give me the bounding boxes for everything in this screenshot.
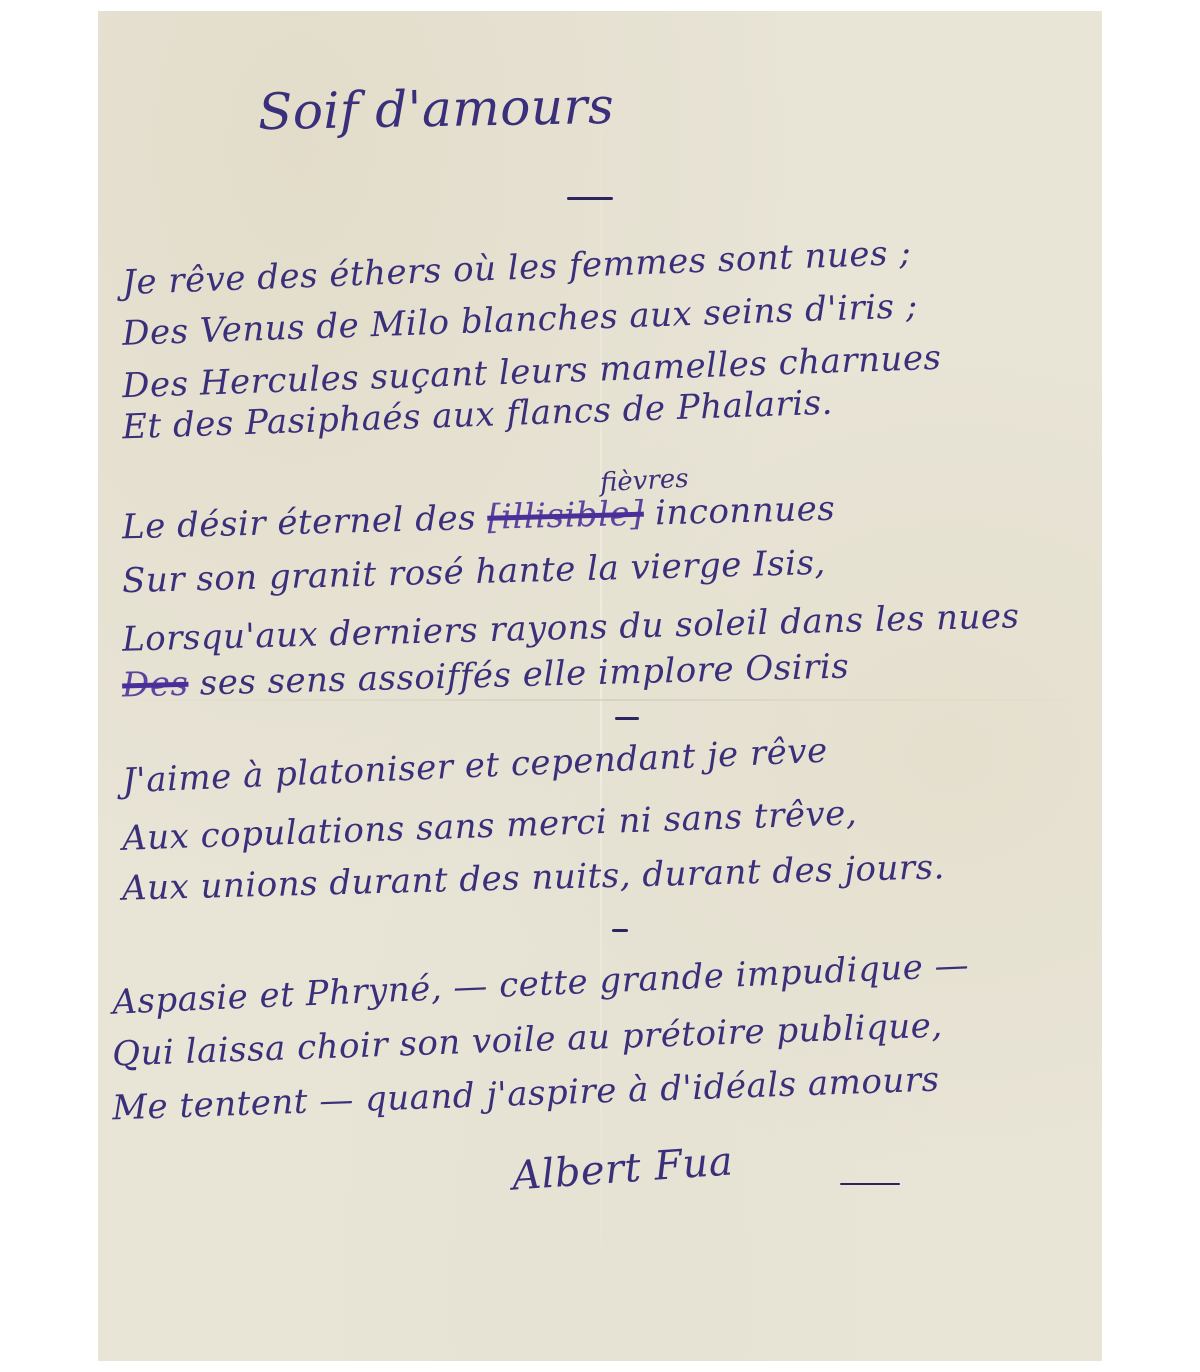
stanza-separator-1 — [615, 717, 639, 720]
poem-title: Soif d'amours — [258, 77, 615, 141]
line-text-after: inconnues — [643, 489, 835, 534]
title-separator — [567, 197, 613, 200]
struck-out-word: [illisible] — [487, 494, 645, 538]
struck-out-word: Des — [122, 664, 189, 706]
signature-flourish — [840, 1183, 900, 1185]
stanza-separator-2 — [612, 929, 628, 932]
